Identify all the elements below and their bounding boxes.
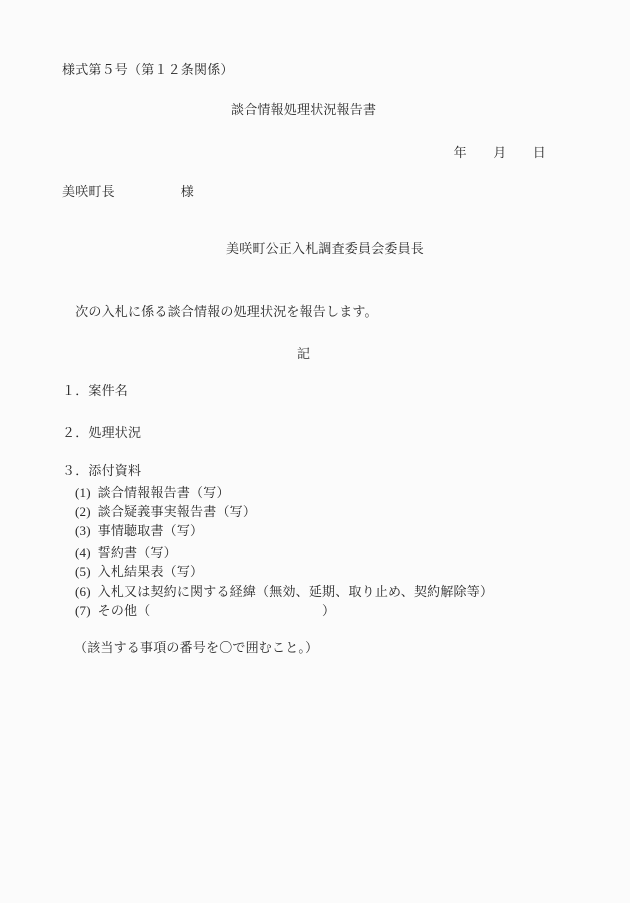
section-attachments: ３．添付資料 — [62, 463, 141, 479]
section-processing-status: ２．処理状況 — [62, 425, 141, 441]
date-line: 年 月 日 — [454, 145, 546, 161]
attachment-item: (2) 談合疑義事実報告書（写） — [75, 504, 256, 520]
attachment-item: (7) その他（ ） — [75, 603, 335, 619]
body-text: 次の入札に係る談合情報の処理状況を報告します。 — [62, 304, 378, 320]
ki-marker: 記 — [297, 346, 310, 362]
attachment-item: (4) 誓約書（写） — [75, 545, 177, 561]
document-page: 様式第５号（第１２条関係） 談合情報処理状況報告書 年 月 日 美咲町長 様 美… — [0, 0, 630, 903]
note-text: （該当する事項の番号を〇で囲むこと。） — [74, 640, 318, 656]
section-case-name: １．案件名 — [62, 383, 128, 399]
document-title: 談合情報処理状況報告書 — [231, 102, 376, 118]
sender-line: 美咲町公正入札調査委員会委員長 — [226, 241, 424, 257]
form-number: 様式第５号（第１２条関係） — [62, 62, 234, 78]
attachment-item: (6) 入札又は契約に関する経緯（無効、延期、取り止め、契約解除等） — [75, 584, 493, 600]
addressee-line: 美咲町長 様 — [62, 184, 194, 200]
attachment-item: (3) 事情聴取書（写） — [75, 523, 203, 539]
attachment-item: (5) 入札結果表（写） — [75, 564, 203, 580]
attachment-item: (1) 談合情報報告書（写） — [75, 485, 230, 501]
